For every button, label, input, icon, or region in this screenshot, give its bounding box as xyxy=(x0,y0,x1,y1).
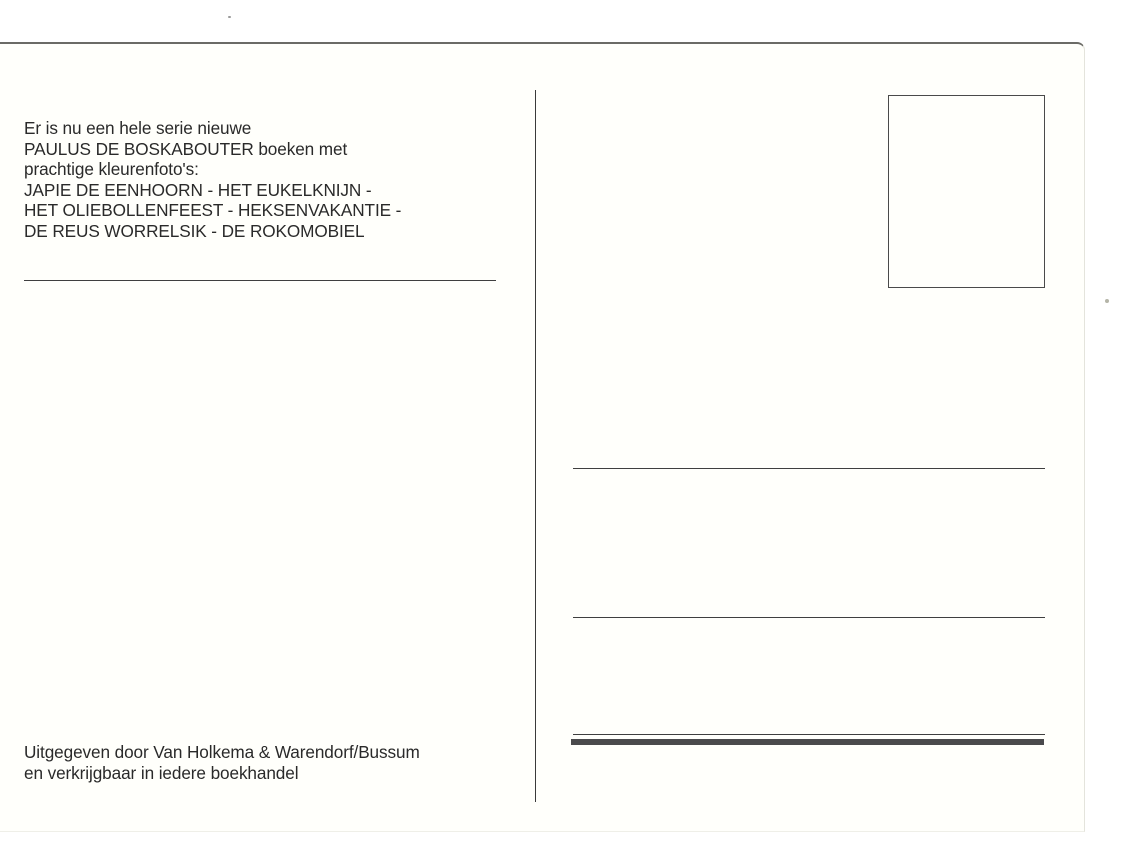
promo-line: prachtige kleurenfoto's: xyxy=(24,159,401,180)
publisher-line: Uitgegeven door Van Holkema & Warendorf/… xyxy=(24,742,420,763)
promo-line: DE REUS WORRELSIK - DE ROKOMOBIEL xyxy=(24,221,401,242)
center-divider xyxy=(535,90,536,802)
scan-speck xyxy=(1105,299,1109,303)
promo-line: PAULUS DE BOSKABOUTER boeken met xyxy=(24,139,401,160)
address-line-2 xyxy=(573,617,1045,618)
promo-line: HET OLIEBOLLENFEEST - HEKSENVAKANTIE - xyxy=(24,200,401,221)
promo-line: Er is nu een hele serie nieuwe xyxy=(24,118,401,139)
stamp-box xyxy=(888,95,1045,288)
postcard-back: Er is nu een hele serie nieuwe PAULUS DE… xyxy=(0,42,1085,832)
address-line-1 xyxy=(573,468,1045,469)
publisher-text-block: Uitgegeven door Van Holkema & Warendorf/… xyxy=(24,742,420,783)
address-line-3-thick-bar xyxy=(571,739,1044,745)
address-line-3 xyxy=(573,734,1045,735)
promo-line: JAPIE DE EENHOORN - HET EUKELKNIJN - xyxy=(24,180,401,201)
scan-speck xyxy=(228,16,231,18)
publisher-line: en verkrijgbaar in iedere boekhandel xyxy=(24,763,420,784)
promo-text-block: Er is nu een hele serie nieuwe PAULUS DE… xyxy=(24,118,401,241)
promo-underline-rule xyxy=(24,280,496,281)
